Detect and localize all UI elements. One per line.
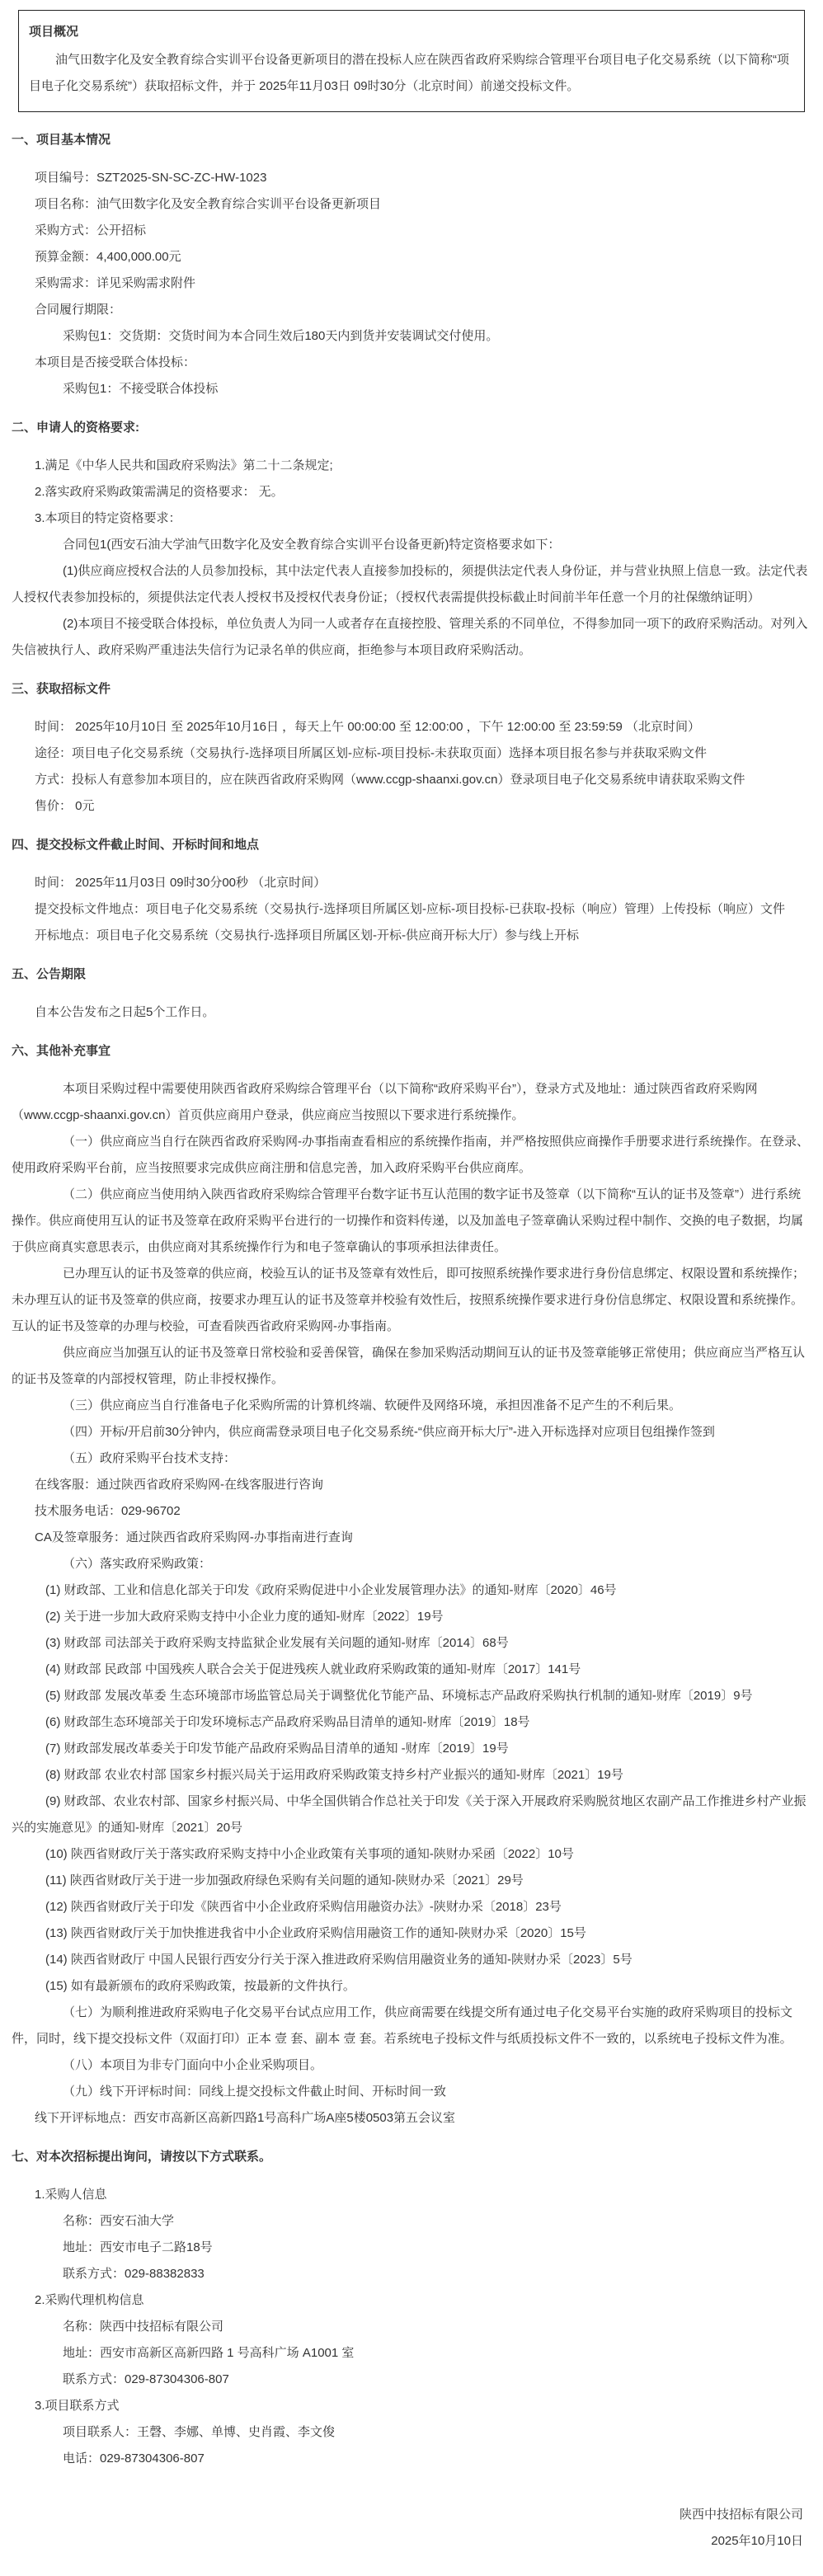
doc-line: 名称：陕西中技招标有限公司 <box>12 2314 811 2340</box>
doc-line: 项目联系人：王磬、李娜、单博、史肖霞、李文俊 <box>12 2419 811 2446</box>
doc-line: (6) 财政部生态环境部关于印发环境标志产品政府采购品目清单的通知-财库〔201… <box>12 1709 811 1736</box>
doc-line: 技术服务电话：029-96702 <box>12 1498 811 1525</box>
section-heading: 三、获取招标文件 <box>12 676 811 703</box>
doc-line: 电话：029-87304306-807 <box>12 2446 811 2472</box>
doc-line: 3.本项目的特定资格要求： <box>12 505 811 532</box>
footer-agency: 陕西中技招标有限公司 <box>12 2502 803 2528</box>
doc-line: （一）供应商应当自行在陕西省政府采购网-办事指南查看相应的系统操作指南，并严格按… <box>12 1129 811 1182</box>
doc-line: 2.采购代理机构信息 <box>12 2287 811 2314</box>
doc-line: (13) 陕西省财政厅关于加快推进我省中小企业政府采购信用融资工作的通知-陕财办… <box>12 1920 811 1947</box>
doc-line: 售价： 0元 <box>12 793 811 820</box>
doc-line: （五）政府采购平台技术支持： <box>12 1445 811 1472</box>
announcement-page: 项目概况 油气田数字化及安全教育综合实训平台设备更新项目的潜在投标人应在陕西省政… <box>0 0 823 2576</box>
doc-line: 自本公告发布之日起5个工作日。 <box>12 999 811 1026</box>
doc-line: (14) 陕西省财政厅 中国人民银行西安分行关于深入推进政府采购信用融资业务的通… <box>12 1947 811 1973</box>
doc-line: 提交投标文件地点：项目电子化交易系统（交易执行-选择项目所属区划-应标-项目投标… <box>12 896 811 923</box>
doc-line: 采购需求：详见采购需求附件 <box>12 270 811 297</box>
doc-line: （四）开标/开启前30分钟内，供应商需登录项目电子化交易系统-“供应商开标大厅”… <box>12 1419 811 1445</box>
doc-line: (8) 财政部 农业农村部 国家乡村振兴局关于运用政府采购政策支持乡村产业振兴的… <box>12 1762 811 1789</box>
doc-line: (10) 陕西省财政厅关于落实政府采购支持中小企业政策有关事项的通知-陕财办采函… <box>12 1841 811 1868</box>
doc-line: （九）线下开评标时间：同线上提交投标文件截止时间、开标时间一致 <box>12 2079 811 2105</box>
doc-line: 地址：西安市高新区高新四路 1 号高科广场 A1001 室 <box>12 2340 811 2367</box>
section-heading: 一、项目基本情况 <box>12 127 811 153</box>
project-overview-box: 项目概况 油气田数字化及安全教育综合实训平台设备更新项目的潜在投标人应在陕西省政… <box>18 10 805 112</box>
doc-line: 已办理互认的证书及签章的供应商，校验互认的证书及签章有效性后，即可按照系统操作要… <box>12 1261 811 1340</box>
doc-line: 1.满足《中华人民共和国政府采购法》第二十二条规定; <box>12 453 811 479</box>
doc-line: 开标地点：项目电子化交易系统（交易执行-选择项目所属区划-开标-供应商开标大厅）… <box>12 923 811 949</box>
document-body: 一、项目基本情况项目编号：SZT2025-SN-SC-ZC-HW-1023项目名… <box>12 127 811 2472</box>
doc-line: （八）本项目为非专门面向中小企业采购项目。 <box>12 2052 811 2079</box>
doc-line: (5) 财政部 发展改革委 生态环境部市场监管总局关于调整优化节能产品、环境标志… <box>12 1683 811 1709</box>
section-heading: 四、提交投标文件截止时间、开标时间和地点 <box>12 832 811 858</box>
overview-title: 项目概况 <box>29 19 794 45</box>
footer-date: 2025年10月10日 <box>12 2528 803 2555</box>
doc-line: (2)本项目不接受联合体投标，单位负责人为同一人或者存在直接控股、管理关系的不同… <box>12 611 811 664</box>
doc-line: 名称：西安石油大学 <box>12 2208 811 2235</box>
doc-line: （二）供应商应当使用纳入陕西省政府采购综合管理平台数字证书互认范围的数字证书及签… <box>12 1182 811 1261</box>
doc-line: 2.落实政府采购政策需满足的资格要求： 无。 <box>12 479 811 505</box>
doc-line: 合同履行期限： <box>12 297 811 323</box>
doc-line: 采购包1：交货期：交货时间为本合同生效后180天内到货并安装调试交付使用。 <box>12 323 811 350</box>
doc-line: 预算金额：4,400,000.00元 <box>12 244 811 270</box>
doc-line: （七）为顺利推进政府采购电子化交易平台试点应用工作，供应商需要在线提交所有通过电… <box>12 2000 811 2052</box>
doc-line: (1) 财政部、工业和信息化部关于印发《政府采购促进中小企业发展管理办法》的通知… <box>12 1577 811 1604</box>
doc-line: 途径：项目电子化交易系统（交易执行-选择项目所属区划-应标-项目投标-未获取页面… <box>12 740 811 767</box>
doc-line: 采购包1：不接受联合体投标 <box>12 376 811 402</box>
doc-line: 供应商应当加强互认的证书及签章日常校验和妥善保管，确保在参加采购活动期间互认的证… <box>12 1340 811 1393</box>
doc-line: 联系方式：029-88382833 <box>12 2261 811 2287</box>
doc-line: 项目编号：SZT2025-SN-SC-ZC-HW-1023 <box>12 165 811 191</box>
overview-paragraph: 油气田数字化及安全教育综合实训平台设备更新项目的潜在投标人应在陕西省政府采购综合… <box>29 47 794 100</box>
doc-line: CA及签章服务：通过陕西省政府采购网-办事指南进行查询 <box>12 1525 811 1551</box>
doc-line: 在线客服：通过陕西省政府采购网-在线客服进行咨询 <box>12 1472 811 1498</box>
section-heading: 二、申请人的资格要求: <box>12 415 811 441</box>
doc-line: 本项目采购过程中需要使用陕西省政府采购综合管理平台（以下简称“政府采购平台”），… <box>12 1076 811 1129</box>
doc-line: 合同包1(西安石油大学油气田数字化及安全教育综合实训平台设备更新)特定资格要求如… <box>12 532 811 558</box>
section-heading: 七、对本次招标提出询问，请按以下方式联系。 <box>12 2144 811 2170</box>
doc-line: 方式：投标人有意参加本项目的，应在陕西省政府采购网（www.ccgp-shaan… <box>12 767 811 793</box>
footer: 陕西中技招标有限公司 2025年10月10日 <box>12 2502 811 2555</box>
doc-line: 1.采购人信息 <box>12 2182 811 2208</box>
doc-line: （三）供应商应当自行准备电子化采购所需的计算机终端、软硬件及网络环境，承担因准备… <box>12 1393 811 1419</box>
doc-line: (9) 财政部、农业农村部、国家乡村振兴局、中华全国供销合作总社关于印发《关于深… <box>12 1789 811 1841</box>
section-heading: 六、其他补充事宜 <box>12 1038 811 1065</box>
doc-line: 本项目是否接受联合体投标： <box>12 350 811 376</box>
doc-line: 联系方式：029-87304306-807 <box>12 2367 811 2393</box>
doc-line: （六）落实政府采购政策： <box>12 1551 811 1577</box>
doc-line: 时间： 2025年10月10日 至 2025年10月16日 ，每天上午 00:0… <box>12 714 811 740</box>
doc-line: 时间： 2025年11月03日 09时30分00秒 （北京时间） <box>12 870 811 896</box>
doc-line: (2) 关于进一步加大政府采购支持中小企业力度的通知-财库〔2022〕19号 <box>12 1604 811 1630</box>
doc-line: 3.项目联系方式 <box>12 2393 811 2419</box>
doc-line: (7) 财政部发展改革委关于印发节能产品政府采购品目清单的通知 -财库〔2019… <box>12 1736 811 1762</box>
doc-line: (15) 如有最新颁布的政府采购政策，按最新的文件执行。 <box>12 1973 811 2000</box>
doc-line: (12) 陕西省财政厅关于印发《陕西省中小企业政府采购信用融资办法》-陕财办采〔… <box>12 1894 811 1920</box>
doc-line: 项目名称：油气田数字化及安全教育综合实训平台设备更新项目 <box>12 191 811 218</box>
doc-line: 地址：西安市电子二路18号 <box>12 2235 811 2261</box>
doc-line: (1)供应商应授权合法的人员参加投标，其中法定代表人直接参加投标的，须提供法定代… <box>12 558 811 611</box>
doc-line: 采购方式：公开招标 <box>12 218 811 244</box>
doc-line: 线下开评标地点：西安市高新区高新四路1号高科广场A座5楼0503第五会议室 <box>12 2105 811 2132</box>
doc-line: (4) 财政部 民政部 中国残疾人联合会关于促进残疾人就业政府采购政策的通知-财… <box>12 1657 811 1683</box>
doc-line: (3) 财政部 司法部关于政府采购支持监狱企业发展有关问题的通知-财库〔2014… <box>12 1630 811 1657</box>
doc-line: (11) 陕西省财政厅关于进一步加强政府绿色采购有关问题的通知-陕财办采〔202… <box>12 1868 811 1894</box>
section-heading: 五、公告期限 <box>12 961 811 988</box>
